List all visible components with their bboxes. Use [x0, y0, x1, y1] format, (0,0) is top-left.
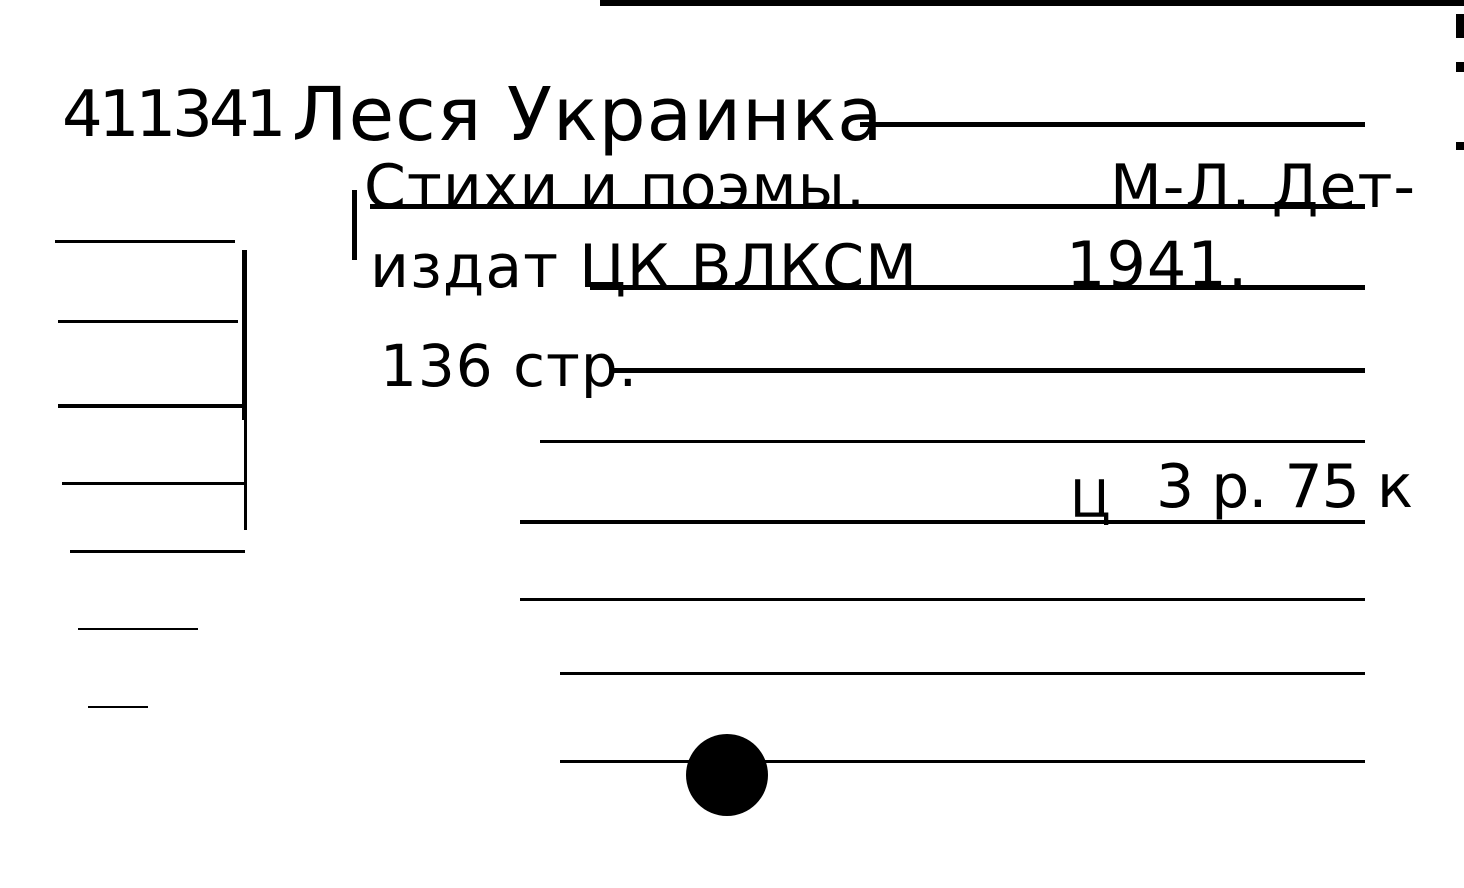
- publisher-line-2: издат ЦК ВЛКСМ: [370, 232, 918, 302]
- publisher-line-1: М-Л. Дет-: [1110, 152, 1416, 222]
- price: 3 р. 75 к: [1156, 452, 1412, 522]
- publication-year: 1941.: [1066, 228, 1249, 301]
- edge-mark: [1456, 142, 1464, 150]
- ruled-line: [58, 320, 238, 323]
- ruled-line: [78, 628, 198, 630]
- ruled-line: [560, 760, 1365, 763]
- author-name: Леся Украинка: [292, 72, 884, 158]
- price-prefix: Ц: [1070, 470, 1111, 530]
- margin-line: [244, 420, 247, 530]
- catalog-number: 411341: [62, 78, 282, 152]
- ruled-line: [520, 598, 1365, 601]
- ruled-line: [610, 368, 1365, 373]
- ruled-line: [58, 404, 243, 408]
- ruled-line: [55, 240, 235, 243]
- edge-mark: [1456, 62, 1464, 72]
- book-title: Стихи и поэмы.: [364, 152, 866, 222]
- edge-mark: [1456, 14, 1464, 38]
- ruled-line: [860, 122, 1365, 127]
- ruled-line: [88, 706, 148, 708]
- card-top-edge: [600, 0, 1464, 6]
- ruled-line: [560, 672, 1365, 675]
- punch-hole: [686, 734, 768, 816]
- margin-line: [242, 250, 247, 420]
- ruled-line: [540, 440, 1365, 443]
- ruled-line: [70, 550, 245, 553]
- margin-line: [352, 190, 357, 260]
- page-count: 136 стр.: [380, 332, 638, 400]
- ruled-line: [62, 482, 247, 485]
